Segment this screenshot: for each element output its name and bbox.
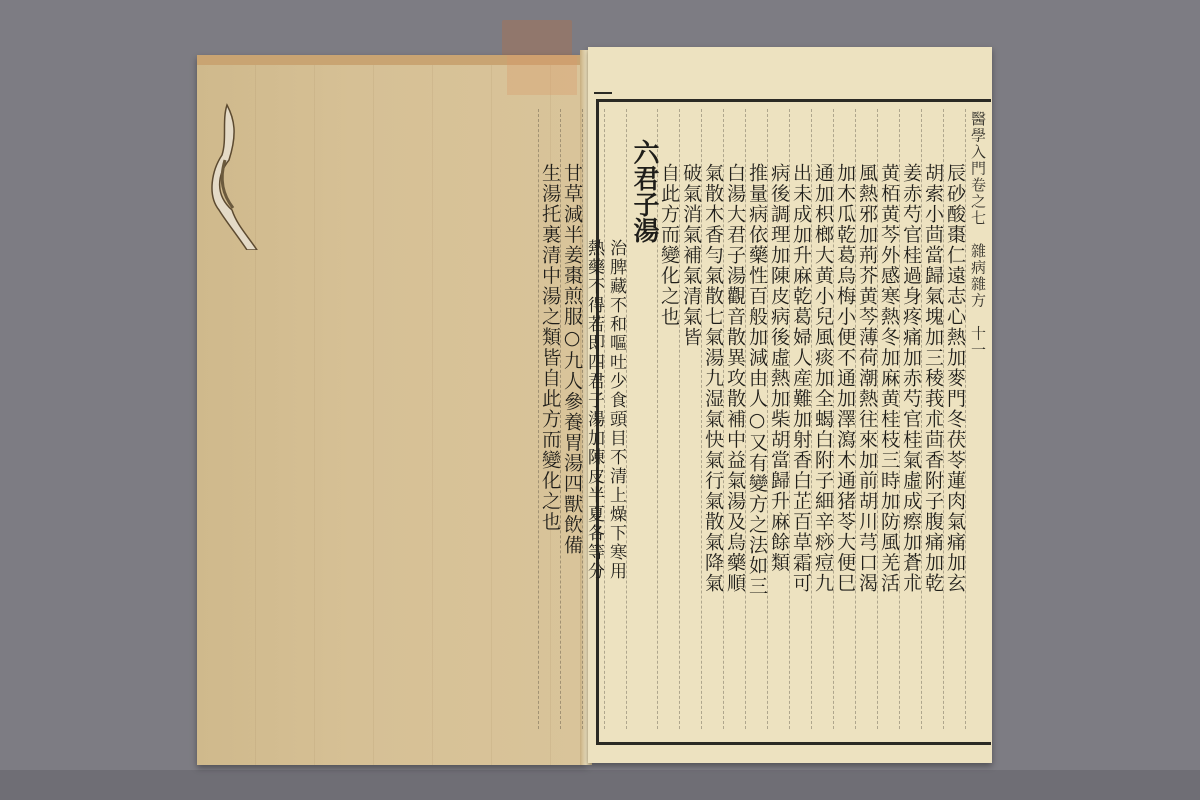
text-column: 自此方而變化之也 [657, 109, 679, 729]
text-column: 姜赤芍官桂過身疼痛加赤芍官桂氣虛成瘵加蒼朮 [899, 109, 921, 729]
text-column: 生湯托裏清中湯之類皆自此方而變化之也 [538, 109, 560, 729]
text-column: 病後調理加陳皮病後虛熱加柴胡當歸升麻餘類 [767, 109, 789, 729]
fish-tail-mark [594, 92, 612, 94]
text-column: 辰砂酸棗仁遠志心熱加麥門冬茯苓蓮肉氣痛加玄 [943, 109, 965, 729]
text-column: 推量病依藥性百般加減由人○又有變方之法如三 [745, 109, 767, 729]
text-column: 甘草減半姜棗煎服○九人參養胃湯四獸飲備 [560, 109, 582, 729]
stamp-bleed [507, 55, 577, 95]
text-column: 通加枳榔大黄小兒風痰加全蝎白附子細辛痧痘九 [811, 109, 833, 729]
text-column: 胡索小茴當歸氣塊加三稜莪朮茴香附子腹痛加乾 [921, 109, 943, 729]
text-column: 破氣消氣補氣清氣皆 [679, 109, 701, 729]
library-stamp [502, 20, 572, 56]
margin-header-text: 醫學入門卷之七 [969, 111, 987, 227]
text-columns: 醫學入門卷之七 雜病雜方 十一 辰砂酸棗仁遠志心熱加麥門冬茯苓蓮肉氣痛加玄 胡索… [602, 109, 988, 729]
margin-header: 醫學入門卷之七 雜病雜方 十一 [965, 109, 988, 729]
table-surface-shadow [0, 770, 1200, 800]
margin-subtitle-text: 雜病雜方 [969, 243, 987, 309]
text-column: 風熱邪加荊芥黄芩薄荷潮熱往來加前胡川芎口渴 [855, 109, 877, 729]
folio-number: 十一 [969, 326, 987, 359]
annotation-column: 熱藥不得若即四君子湯加陳皮半夏各等分 [582, 109, 604, 729]
text-column: 加木瓜乾葛烏梅小便不通加澤瀉木通猪苓大便巳 [833, 109, 855, 729]
torn-hole-icon [207, 100, 267, 250]
text-column: 白湯大君子湯觀音散異攻散補中益氣湯及烏藥順 [723, 109, 745, 729]
annotation-column: 治脾藏不和嘔吐少食頭目不清上燥下寒用 [604, 109, 626, 729]
text-column: 出未成加升麻乾葛婦人産難加射香白芷百草霜可 [789, 109, 811, 729]
left-page-blank [197, 55, 587, 765]
text-column: 黄栢黄芩外感寒熱冬加麻黄桂枝三時加防風羌活 [877, 109, 899, 729]
section-heading: 六君子湯 [626, 109, 657, 729]
right-page-text: 醫學入門卷之七 雜病雜方 十一 辰砂酸棗仁遠志心熱加麥門冬茯苓蓮肉氣痛加玄 胡索… [588, 47, 992, 763]
text-column: 氣散木香勻氣散七氣湯九湿氣快氣行氣散氣降氣 [701, 109, 723, 729]
